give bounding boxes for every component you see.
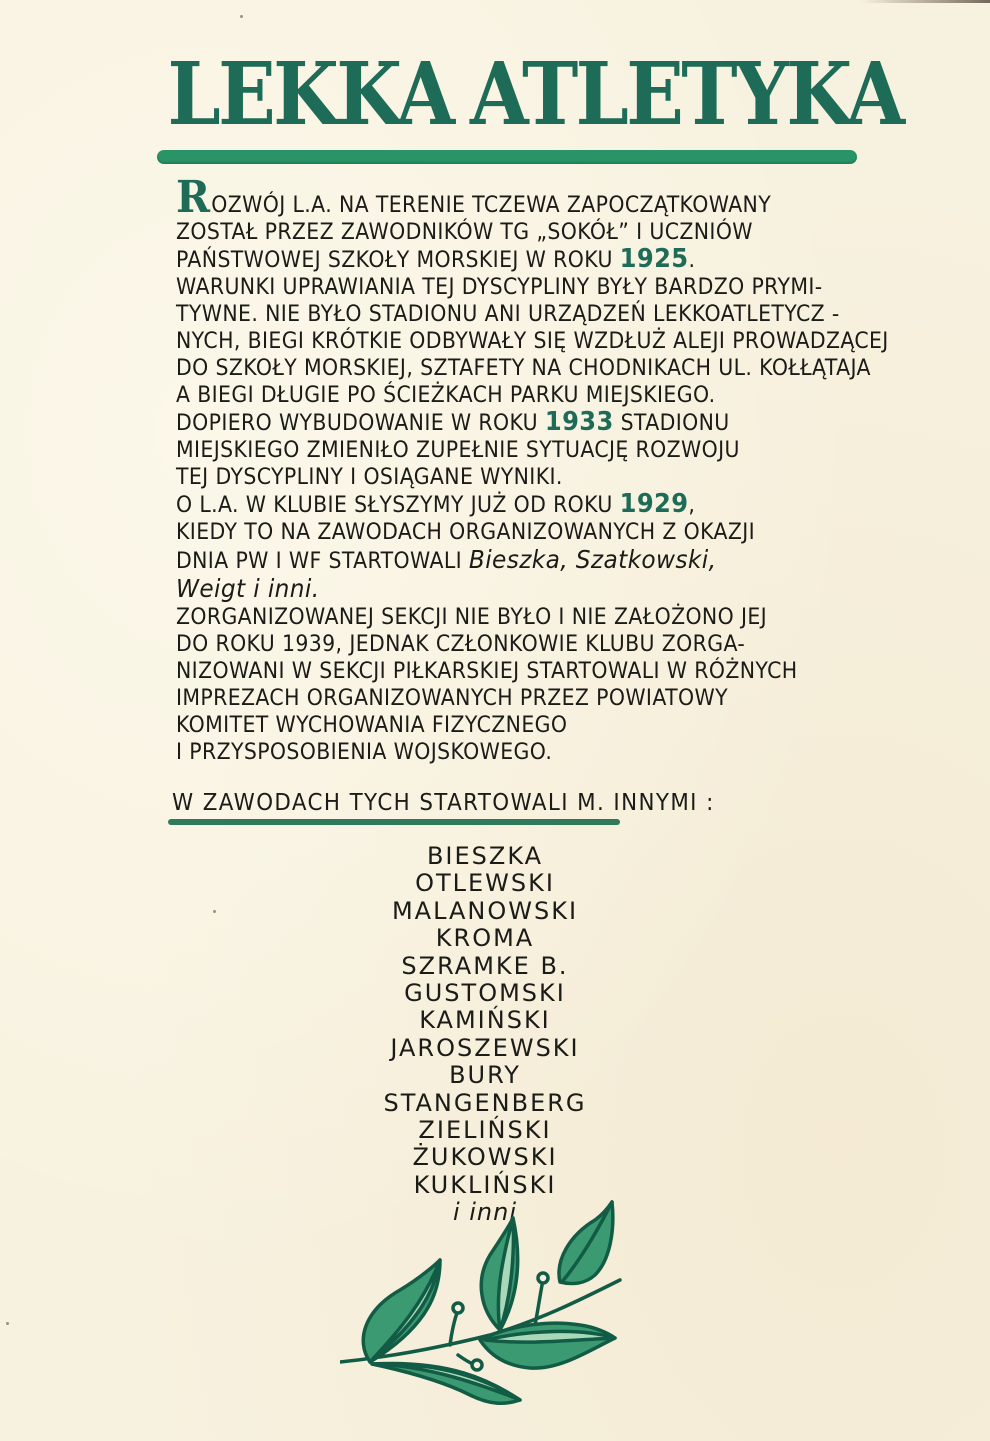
body-line: O L.A. W KLUBIE SŁYSZYMY JUŻ OD ROKU 192… <box>176 491 827 519</box>
body-text-segment: KOMITET WYCHOWANIA FIZYCZNEGO <box>176 713 567 738</box>
body-line: NYCH, BIEGI KRÓTKIE ODBYWAŁY SIĘ WZDŁUŻ … <box>176 328 827 355</box>
body-line: KOMITET WYCHOWANIA FIZYCZNEGO <box>176 712 827 739</box>
participant-name: BURY <box>340 1062 630 1089</box>
laurel-branch-icon <box>340 1200 690 1425</box>
participant-name: SZRAMKE B. <box>340 953 630 980</box>
body-line: WARUNKI UPRAWIANIA TEJ DYSCYPLINY BYŁY B… <box>176 274 827 301</box>
body-text-segment: i PRZYSPOSOBIENIA WOJSKOWEGO. <box>176 740 552 765</box>
body-text-segment: DO SZKOŁY MORSKIEJ, SZTAFETY NA CHODNIKA… <box>176 356 871 381</box>
body-line: ROZWÓJ L.A. NA TERENIE TCZEWA ZAPOCZĄTKO… <box>176 188 827 219</box>
participant-name: KROMA <box>340 925 630 952</box>
body-line: TYWNE. NIE BYŁO STADIONU ANI URZĄDZEŃ LE… <box>176 301 827 328</box>
page-edge <box>860 0 990 3</box>
body-text-segment: NYCH, BIEGI KRÓTKIE ODBYWAŁY SIĘ WZDŁUŻ … <box>176 329 889 354</box>
participant-name: STANGENBERG <box>340 1090 630 1117</box>
body-text-segment: ZOSTAŁ PRZEZ ZAWODNIKÓW TG „SOKÓŁ” i UCZ… <box>176 220 753 245</box>
body-text-segment: STADIONU <box>614 411 730 436</box>
body-text-segment: KIEDY TO NA ZAWODACH ORGANIZOWANYCH Z OK… <box>176 520 755 545</box>
participant-name: OTLEWSKI <box>340 870 630 897</box>
body-text-segment: WARUNKI UPRAWIANIA TEJ DYSCYPLINY BYŁY B… <box>176 275 823 300</box>
body-line: DO SZKOŁY MORSKIEJ, SZTAFETY NA CHODNIKA… <box>176 355 827 382</box>
highlighted-year: 1929 <box>620 489 689 519</box>
body-line: Weigt i inni. <box>176 575 827 604</box>
participant-name: ŻUKOWSKI <box>340 1144 630 1171</box>
body-text-segment: OZWÓJ L.A. NA TERENIE TCZEWA ZAPOCZĄTKOW… <box>211 193 771 218</box>
body-text-segment: TEJ DYSCYPLINY i OSIĄGANE WYNIKI. <box>176 465 563 490</box>
body-paragraph: ROZWÓJ L.A. NA TERENIE TCZEWA ZAPOCZĄTKO… <box>176 188 827 766</box>
body-line: ZORGANIZOWANEJ SEKCJI NIE BYŁO i NIE ZAŁ… <box>176 604 827 631</box>
title-underline <box>157 150 857 164</box>
body-text-segment: . <box>688 248 695 273</box>
body-line: A BIEGI DŁUGIE PO ŚCIEŻKACH PARKU MIEJSK… <box>176 382 827 409</box>
page-title: LEKKA ATLETYKA <box>187 52 882 138</box>
participants-list: BIESZKAOTLEWSKIMALANOWSKIKROMASZRAMKE B.… <box>340 843 630 1227</box>
participant-name: MALANOWSKI <box>340 898 630 925</box>
participant-name: ZIELIŃSKI <box>340 1117 630 1144</box>
highlighted-year: 1933 <box>545 407 614 437</box>
body-line: i PRZYSPOSOBIENIA WOJSKOWEGO. <box>176 739 827 766</box>
title-word-1: LEKKA <box>168 52 453 138</box>
body-text-segment: DNIA PW i WF STARTOWALI <box>176 549 469 574</box>
participant-name: KUKLIŃSKI <box>340 1172 630 1199</box>
athlete-names: Bieszka, Szatkowski, <box>469 545 716 574</box>
body-text-segment: , <box>688 493 695 518</box>
title-word-2: ATLETYKA <box>470 52 902 138</box>
body-text-segment: A BIEGI DŁUGIE PO ŚCIEŻKACH PARKU MIEJSK… <box>176 383 715 408</box>
body-text-segment: DOPIERO WYBUDOWANIE W ROKU <box>176 411 545 436</box>
body-line: DO ROKU 1939, JEDNAK CZŁONKOWIE KLUBU ZO… <box>176 631 827 658</box>
paper-speck <box>6 1322 9 1325</box>
participants-heading: W ZAWODACH TYCH STARTOWALI M. INNYMI : <box>172 790 715 816</box>
body-line: IMPREZACH ORGANIZOWANYCH PRZEZ POWIATOWY <box>176 685 827 712</box>
body-line: KIEDY TO NA ZAWODACH ORGANIZOWANYCH Z OK… <box>176 519 827 546</box>
body-line: DOPIERO WYBUDOWANIE W ROKU 1933 STADIONU <box>176 409 827 437</box>
participant-name: GUSTOMSKI <box>340 980 630 1007</box>
body-text-segment: PAŃSTWOWEJ SZKOŁY MORSKIEJ W ROKU <box>176 248 620 273</box>
athlete-names: Weigt i inni. <box>176 574 319 603</box>
body-text-segment: DO ROKU 1939, JEDNAK CZŁONKOWIE KLUBU ZO… <box>176 632 745 657</box>
body-text-segment: MIEJSKIEGO ZMIENIŁO ZUPEŁNIE SYTUACJĘ RO… <box>176 438 740 463</box>
highlighted-year: 1925 <box>620 244 689 274</box>
paper-speck <box>213 910 216 913</box>
paper-speck <box>240 15 243 18</box>
body-line: TEJ DYSCYPLINY i OSIĄGANE WYNIKI. <box>176 464 827 491</box>
body-text-segment: IMPREZACH ORGANIZOWANYCH PRZEZ POWIATOWY <box>176 686 728 711</box>
participant-name: KAMIŃSKI <box>340 1007 630 1034</box>
body-line: DNIA PW i WF STARTOWALI Bieszka, Szatkow… <box>176 546 827 575</box>
body-text-segment: NIZOWANI W SEKCJI PIŁKARSKIEJ STARTOWALI… <box>176 659 798 684</box>
body-text-segment: ZORGANIZOWANEJ SEKCJI NIE BYŁO i NIE ZAŁ… <box>176 605 767 630</box>
drop-cap: R <box>176 172 210 223</box>
body-line: PAŃSTWOWEJ SZKOŁY MORSKIEJ W ROKU 1925. <box>176 246 827 274</box>
body-text-segment: O L.A. W KLUBIE SŁYSZYMY JUŻ OD ROKU <box>176 493 620 518</box>
participants-underline <box>168 819 620 825</box>
body-line: MIEJSKIEGO ZMIENIŁO ZUPEŁNIE SYTUACJĘ RO… <box>176 437 827 464</box>
participant-name: JAROSZEWSKI <box>340 1035 630 1062</box>
body-line: NIZOWANI W SEKCJI PIŁKARSKIEJ STARTOWALI… <box>176 658 827 685</box>
body-text-segment: TYWNE. NIE BYŁO STADIONU ANI URZĄDZEŃ LE… <box>176 302 840 327</box>
participant-name: BIESZKA <box>340 843 630 870</box>
body-line: ZOSTAŁ PRZEZ ZAWODNIKÓW TG „SOKÓŁ” i UCZ… <box>176 219 827 246</box>
